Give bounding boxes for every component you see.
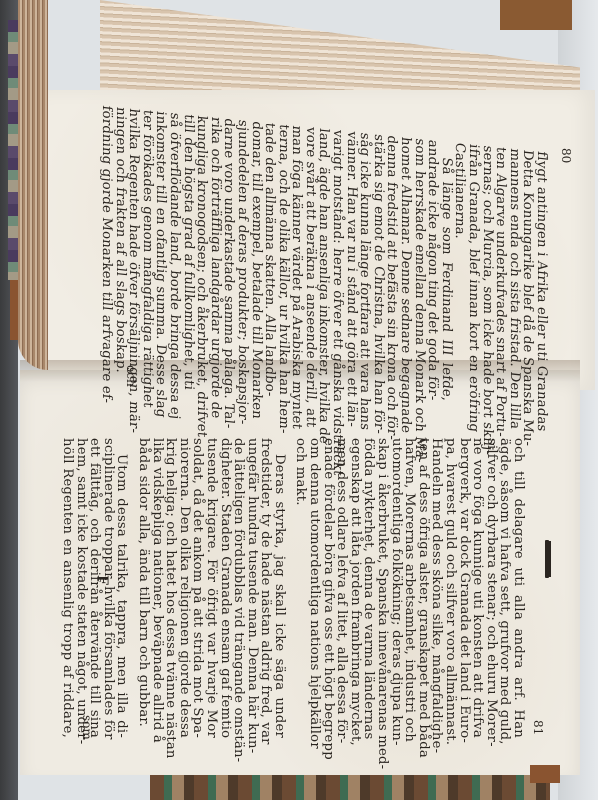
- page-block-edges-left: [18, 0, 48, 370]
- text-line: men dess odlare lefva af litet, alla des…: [335, 438, 349, 738]
- text-line: egenskap att låta jorden frambringa myck…: [348, 438, 362, 738]
- book-photo: 80 flygt antingen i Afrika eller uti Gra…: [0, 0, 598, 800]
- text-line: och makt.: [294, 438, 308, 738]
- text-line: soldat, då det ankom på att strida mot S…: [191, 438, 205, 738]
- text-line: man föga känner värdet på Arabiska mynte…: [290, 125, 304, 386]
- text-line: skap i åkerbruket, Spanska innevånarenas…: [375, 438, 389, 738]
- text-line: pa, hvarest guld och silfver voro allmän…: [443, 438, 457, 738]
- text-line: krig heliga; och hatet hos dessa tvänne …: [164, 438, 178, 738]
- right-page-text: och till delagare uti alla andra arf. Ha…: [60, 438, 525, 738]
- text-line: enade fördelar böra gifva oss ett högt b…: [321, 438, 335, 738]
- text-line: om denna utomordentliga nations hjelpkäl…: [308, 438, 322, 738]
- text-line: hafven, Morernas arbetsamhet, industri o…: [403, 438, 417, 738]
- catchword: och: [124, 365, 138, 387]
- text-line: ett fälttåg, och derifrån återvände till…: [88, 438, 102, 738]
- page-number: 81: [531, 720, 545, 735]
- text-line: Så länge som Ferdinand III lefde,: [439, 141, 453, 402]
- text-line: vänner. Han var nu i stånd att göra ett …: [344, 131, 358, 392]
- text-line: homet Alhamar. Denne sednare begagnade: [398, 136, 412, 397]
- text-line: hvilka Regenten hade öfver försäljningen…: [127, 108, 141, 369]
- page-number: 80: [559, 148, 573, 163]
- marbled-cover-bottom: [150, 775, 550, 800]
- text-line: fredstider, ty de hade nästan aldrig fre…: [259, 438, 273, 738]
- text-line: lika vidskepliga nationer, beväpnade all…: [150, 438, 164, 738]
- text-line: sernas; och Murcia, som icke hade bort s…: [480, 145, 494, 406]
- text-line: domar, till exempel, betalade till Monar…: [249, 121, 263, 382]
- signature-mark: F: [94, 575, 110, 585]
- text-line: sjundedelen af deras produkter; boskapsj…: [235, 119, 249, 380]
- text-line: höll Regenten en ansenlig tropp af ridda…: [60, 438, 74, 738]
- text-line: ningen och frakten af all slags boskap.: [113, 106, 127, 367]
- text-line: ten af dess öfriga alster, granskapet me…: [416, 438, 430, 738]
- text-line: ne voro föga kunnige uti konsten att dri…: [471, 438, 485, 738]
- text-line: andrade icke någon ting det goda för-: [426, 139, 440, 400]
- text-line: vore svårt att beräkna i anseende derill…: [303, 126, 317, 387]
- text-line: mannens enda och sista fristad. Den lill…: [507, 148, 521, 409]
- text-line: tade den allmänna skatten. Alla landbo-: [263, 122, 277, 383]
- text-line: Deras styrka, jag skall icke säga under: [272, 438, 286, 738]
- text-line: silfver och dyrbara stenar; och ehuru Mo…: [484, 438, 498, 738]
- text-line: bergverk, var dock Granada det land i Eu…: [457, 438, 471, 738]
- text-line: och till delagare uti alla andra arf. Ha…: [511, 438, 525, 738]
- text-line: varigt motstånd: herre öfver ett gånska …: [331, 129, 345, 390]
- text-line: så öfverflödande land, borde bringa dess…: [167, 112, 181, 373]
- text-line: inkomster till en ofantlig summa. Desse …: [154, 111, 168, 372]
- text-line: ter förökades genom mångfaldiga rättighe…: [140, 109, 154, 370]
- text-line: ifrån Granada, blef innan kort en eröfri…: [466, 143, 480, 404]
- text-line: kungliga kronogodsen; och åkerbruket, dr…: [195, 115, 209, 376]
- text-line: hem, samt icke kostade staten något, und…: [74, 438, 88, 738]
- text-line: land, ägde han ansenliga inkomster, hvil…: [317, 128, 331, 389]
- text-line: digheter. Staden Granada ensam gaf femti…: [218, 438, 232, 738]
- text-line: terna, och de olika källor, ur hvilka ha…: [276, 123, 290, 384]
- text-line: darne voro underkastade samma pålaga. Ta…: [222, 118, 236, 379]
- text-line: Castilianerna.: [453, 142, 467, 403]
- leather-cover-corner-bottom: [530, 765, 560, 783]
- text-line: Utom dessa talrika, tappra, men illa di-: [115, 438, 129, 738]
- left-page-text: flygt antingen i Afrika eller uti Granad…: [99, 105, 548, 412]
- text-line: ten Algarve underkufvades snart af Portu…: [494, 146, 508, 407]
- text-line: flygt antingen i Afrika eller uti Granad…: [534, 151, 548, 412]
- text-line: utomordentliga folkökning; deras djupa k…: [389, 438, 403, 738]
- text-line: båda sidor alla, ända till barn och gubb…: [136, 438, 150, 738]
- catchword: som: [80, 715, 94, 740]
- text-line: tusende krigare. För öfrigt var hvarje M…: [204, 438, 218, 738]
- text-line: ägde, såsom vi hafva sett, grufvor med g…: [498, 438, 512, 738]
- text-line: såg icke kunna länge fortfara att vara h…: [358, 132, 372, 393]
- text-line: fördning gjorde Monarken till arfvagare …: [99, 105, 113, 366]
- text-line: ungefär hundra tusende man. Denna här ku…: [245, 438, 259, 738]
- header-rule: [545, 540, 549, 578]
- text-line: denna fredstid att befästa sin krona och…: [385, 135, 399, 396]
- text-line: till den högsta grad af fullkomlighet, u…: [181, 113, 195, 374]
- text-line: Handeln med dess sköna silke, mångfaldig…: [430, 438, 444, 738]
- text-line: stärka sig emot de Christna, hvilka han …: [371, 133, 385, 394]
- text-line: rika och förträffliga landgårdar urgjord…: [208, 116, 222, 377]
- leather-cover-corner-top: [500, 0, 572, 30]
- text-line: de lätteligen fördubblas vid trängande o…: [232, 438, 246, 738]
- text-line: sciplinerade troppar, hvilka församlades…: [101, 438, 115, 738]
- text-line: som herrskade emellan denna Monark och M…: [412, 138, 426, 399]
- text-line: Detta Konungarike blef då de Spanska Mu-: [521, 149, 535, 410]
- text-line: niorerna. Den olika religionen gjorde de…: [177, 438, 191, 738]
- text-line: födda nykterhet, denna de varma länderna…: [362, 438, 376, 738]
